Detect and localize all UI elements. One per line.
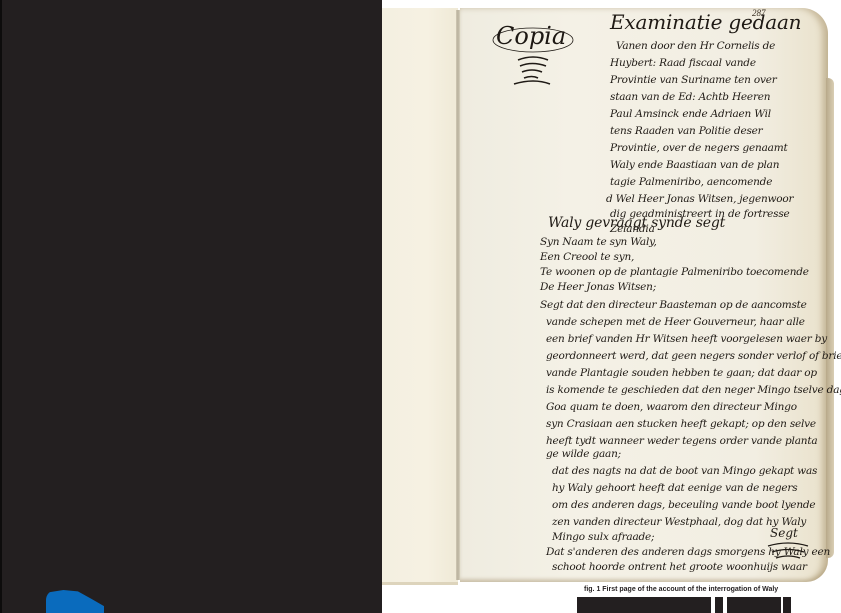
blue-accent-shape: [46, 590, 104, 613]
redaction-bar: [715, 597, 723, 613]
answer-line: syn Crasiaan aen stucken heeft gekapt; o…: [546, 418, 816, 430]
margin-label-copia: Copia: [496, 22, 566, 50]
intro-line: tagie Palmeniribo, aencomende: [610, 176, 772, 188]
answer-line: heeft tydt wanneer weder tegens order va…: [546, 435, 817, 447]
intro-line: Provintie, over de negers genaamt: [610, 142, 787, 154]
answer-line: Goa quam te doen, waarom den directeur M…: [546, 401, 797, 413]
answer-line: dat des nagts na dat de boot van Mingo g…: [552, 465, 817, 477]
signature: Segt: [770, 526, 798, 540]
redaction-bar: [783, 597, 791, 613]
answer-line: vande Plantagie souden hebben te gaan; d…: [546, 367, 817, 379]
intro-line: Provintie van Suriname ten over: [610, 74, 777, 86]
section-heading: Waly gevraagt synde segt: [548, 215, 725, 231]
answer-line: Een Creool te syn,: [540, 251, 634, 263]
answer-line: vande schepen met de Heer Gouverneur, ha…: [546, 316, 805, 328]
intro-line: tens Raaden van Politie deser: [610, 125, 762, 137]
answer-line: Syn Naam te syn Waly,: [540, 236, 657, 248]
document-title: Examinatie gedaan: [610, 10, 801, 34]
answer-line: zen vanden directeur Westphaal, dog dat …: [552, 516, 806, 528]
answer-line: Te woonen op de plantagie Palmeniribo to…: [540, 266, 809, 278]
answer-line: Mingo sulx afraade;: [552, 531, 654, 543]
left-page: [382, 8, 458, 585]
answer-line: De Heer Jonas Witsen;: [540, 281, 656, 293]
dark-panel: [0, 0, 382, 613]
answer-line: een brief vanden Hr Witsen heeft voorgel…: [546, 333, 827, 345]
answer-line: Segt dat den directeur Baasteman op de a…: [540, 299, 807, 311]
figure-caption: fig. 1 First page of the account of the …: [584, 586, 778, 593]
answer-line: om des anderen dags, beceuling vande boo…: [552, 499, 815, 511]
intro-line: Waly ende Baastiaan van de plan: [610, 159, 779, 171]
answer-line: is komende te geschieden dat den neger M…: [546, 384, 841, 396]
right-page: 287 Copia Examinatie gedaan Vanen door d…: [460, 8, 828, 582]
intro-line: Vanen door den Hr Cornelis de: [616, 40, 775, 52]
bottom-redaction-bars: [577, 597, 791, 613]
page-edge: [826, 78, 834, 558]
intro-line: Huybert: Raad fiscaal vande: [610, 57, 756, 69]
redaction-bar: [577, 597, 711, 613]
intro-line: staan van de Ed: Achtb Heeren: [610, 91, 770, 103]
intro-line: Paul Amsinck ende Adriaen Wil: [610, 108, 771, 120]
answer-line: ge wilde gaan;: [546, 448, 621, 460]
manuscript-spread: 287 Copia Examinatie gedaan Vanen door d…: [382, 8, 830, 582]
panel-edge: [0, 0, 2, 613]
redaction-bar: [727, 597, 781, 613]
intro-line: d Wel Heer Jonas Witsen, jegenwoor: [606, 193, 793, 205]
answer-line: geordonneert werd, dat geen negers sonde…: [546, 350, 841, 362]
answer-line: hy Waly gehoort heeft dat eenige van de …: [552, 482, 797, 494]
